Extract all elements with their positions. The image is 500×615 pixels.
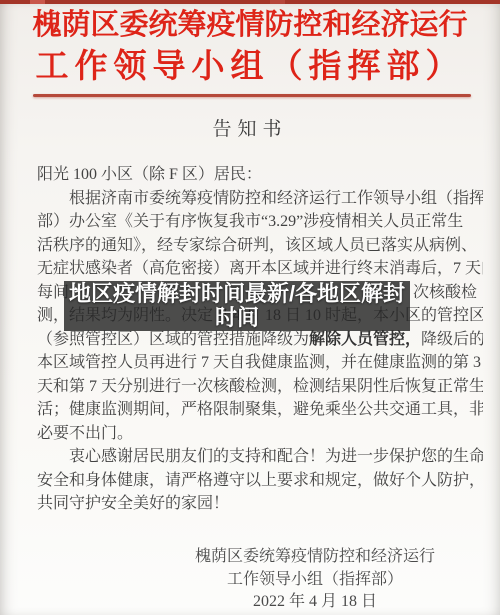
body-line: 阳光 100 小区（除 F 区）居民：: [37, 163, 483, 187]
notice-photo: 槐荫区委统筹疫情防控和经济运行 工作领导小组（指挥部） 告知书 阳光 100 小…: [0, 0, 500, 615]
body-line-segment: 活秩序的通知》，经专家综合研判，该区域人员已落实从病例、: [37, 237, 477, 254]
body-line-segment: 必要不出门。: [37, 425, 133, 442]
body-line-segment: 活；健康监测期间，严格限制聚集，避免乘坐公共交通工具，非: [37, 401, 483, 418]
signature-date: 2022 年 4 月 18 日: [146, 591, 484, 614]
body-line-segment: 部）办公室《关于有序恢复我市“3.29”涉疫情相关人员正常生: [37, 213, 463, 230]
body-line: 活秩序的通知》，经专家综合研判，该区域人员已落实从病例、: [37, 234, 483, 258]
body-line-segment: 降级后的: [421, 331, 483, 348]
body-line: 根据济南市委统筹疫情防控和经济运行工作领导小组（指挥: [37, 187, 483, 211]
body-line: 安全和身体健康，请严格遵守以上要求和规定，做好个人防护，: [37, 469, 483, 493]
red-divider-line: [33, 94, 471, 97]
body-lines: 阳光 100 小区（除 F 区）居民：根据济南市委统筹疫情防控和经济运行工作领导…: [37, 163, 483, 516]
org-header-line2: 工作领导小组（指挥部）: [0, 45, 500, 87]
org-header-line1: 槐荫区委统筹疫情防控和经济运行: [0, 5, 500, 45]
body-line: 无症状感染者（高危密接）离开本区域并进行终末消毒后，7 天内: [37, 257, 483, 281]
body-line: 必要不出门。: [37, 422, 483, 446]
caption-overlay: 地区疫情解封时间最新/各地区解封 时间: [64, 281, 410, 331]
body-line-segment: 安全和身体健康，请严格遵守以上要求和规定，做好个人防护，: [37, 472, 483, 489]
signature-block: 槐荫区委统筹疫情防控和经济运行 工作领导小组（指挥部） 2022 年 4 月 1…: [146, 546, 484, 614]
org-header: 槐荫区委统筹疫情防控和经济运行 工作领导小组（指挥部）: [0, 5, 500, 87]
signature-org-line2: 工作领导小组（指挥部）: [146, 569, 484, 592]
body-line-segment: 次核酸检: [413, 284, 477, 301]
body-line: 衷心感谢居民朋友们的支持和配合！为进一步保护您的生命: [37, 445, 483, 469]
body-line: 天和第 7 天分别进行一次核酸检测，检测结果阴性后恢复正常生: [37, 375, 483, 399]
body-line-bold-segment: 解除人员管控，: [309, 331, 421, 348]
body-line-segment: 共同守护安全美好的家园！: [37, 495, 229, 512]
body-line-segment: 阳光 100 小区（除 F 区）居民：: [37, 166, 262, 183]
body-line-segment: （参照管控区）区域的管控措施降级为: [37, 331, 309, 348]
document-title: 告知书: [0, 114, 500, 141]
caption-line2: 时间: [215, 306, 259, 330]
body-line: 本区域管控人员再进行 7 天自我健康监测，并在健康监测的第 3: [37, 351, 483, 375]
body-line-segment: 天和第 7 天分别进行一次核酸检测，检测结果阴性后恢复正常生: [37, 378, 483, 395]
body-line: 共同守护安全美好的家园！: [37, 492, 483, 516]
top-red-strip: [0, 0, 500, 4]
body-line-segment: 衷心感谢居民朋友们的支持和配合！为进一步保护您的生命: [69, 448, 483, 465]
body-line: 部）办公室《关于有序恢复我市“3.29”涉疫情相关人员正常生: [37, 210, 483, 234]
signature-org-line1: 槐荫区委统筹疫情防控和经济运行: [146, 546, 484, 569]
caption-line1: 地区疫情解封时间最新/各地区解封: [69, 282, 405, 306]
body-line-segment: 无症状感染者（高危密接）离开本区域并进行终末消毒后，7 天内: [37, 260, 483, 277]
body-line: （参照管控区）区域的管控措施降级为解除人员管控，降级后的: [37, 328, 483, 352]
body-line-segment: 根据济南市委统筹疫情防控和经济运行工作领导小组（指挥: [69, 190, 483, 207]
body-line: 活；健康监测期间，严格限制聚集，避免乘坐公共交通工具，非: [37, 398, 483, 422]
body-line-segment: 本区域管控人员再进行 7 天自我健康监测，并在健康监测的第 3: [37, 354, 481, 371]
